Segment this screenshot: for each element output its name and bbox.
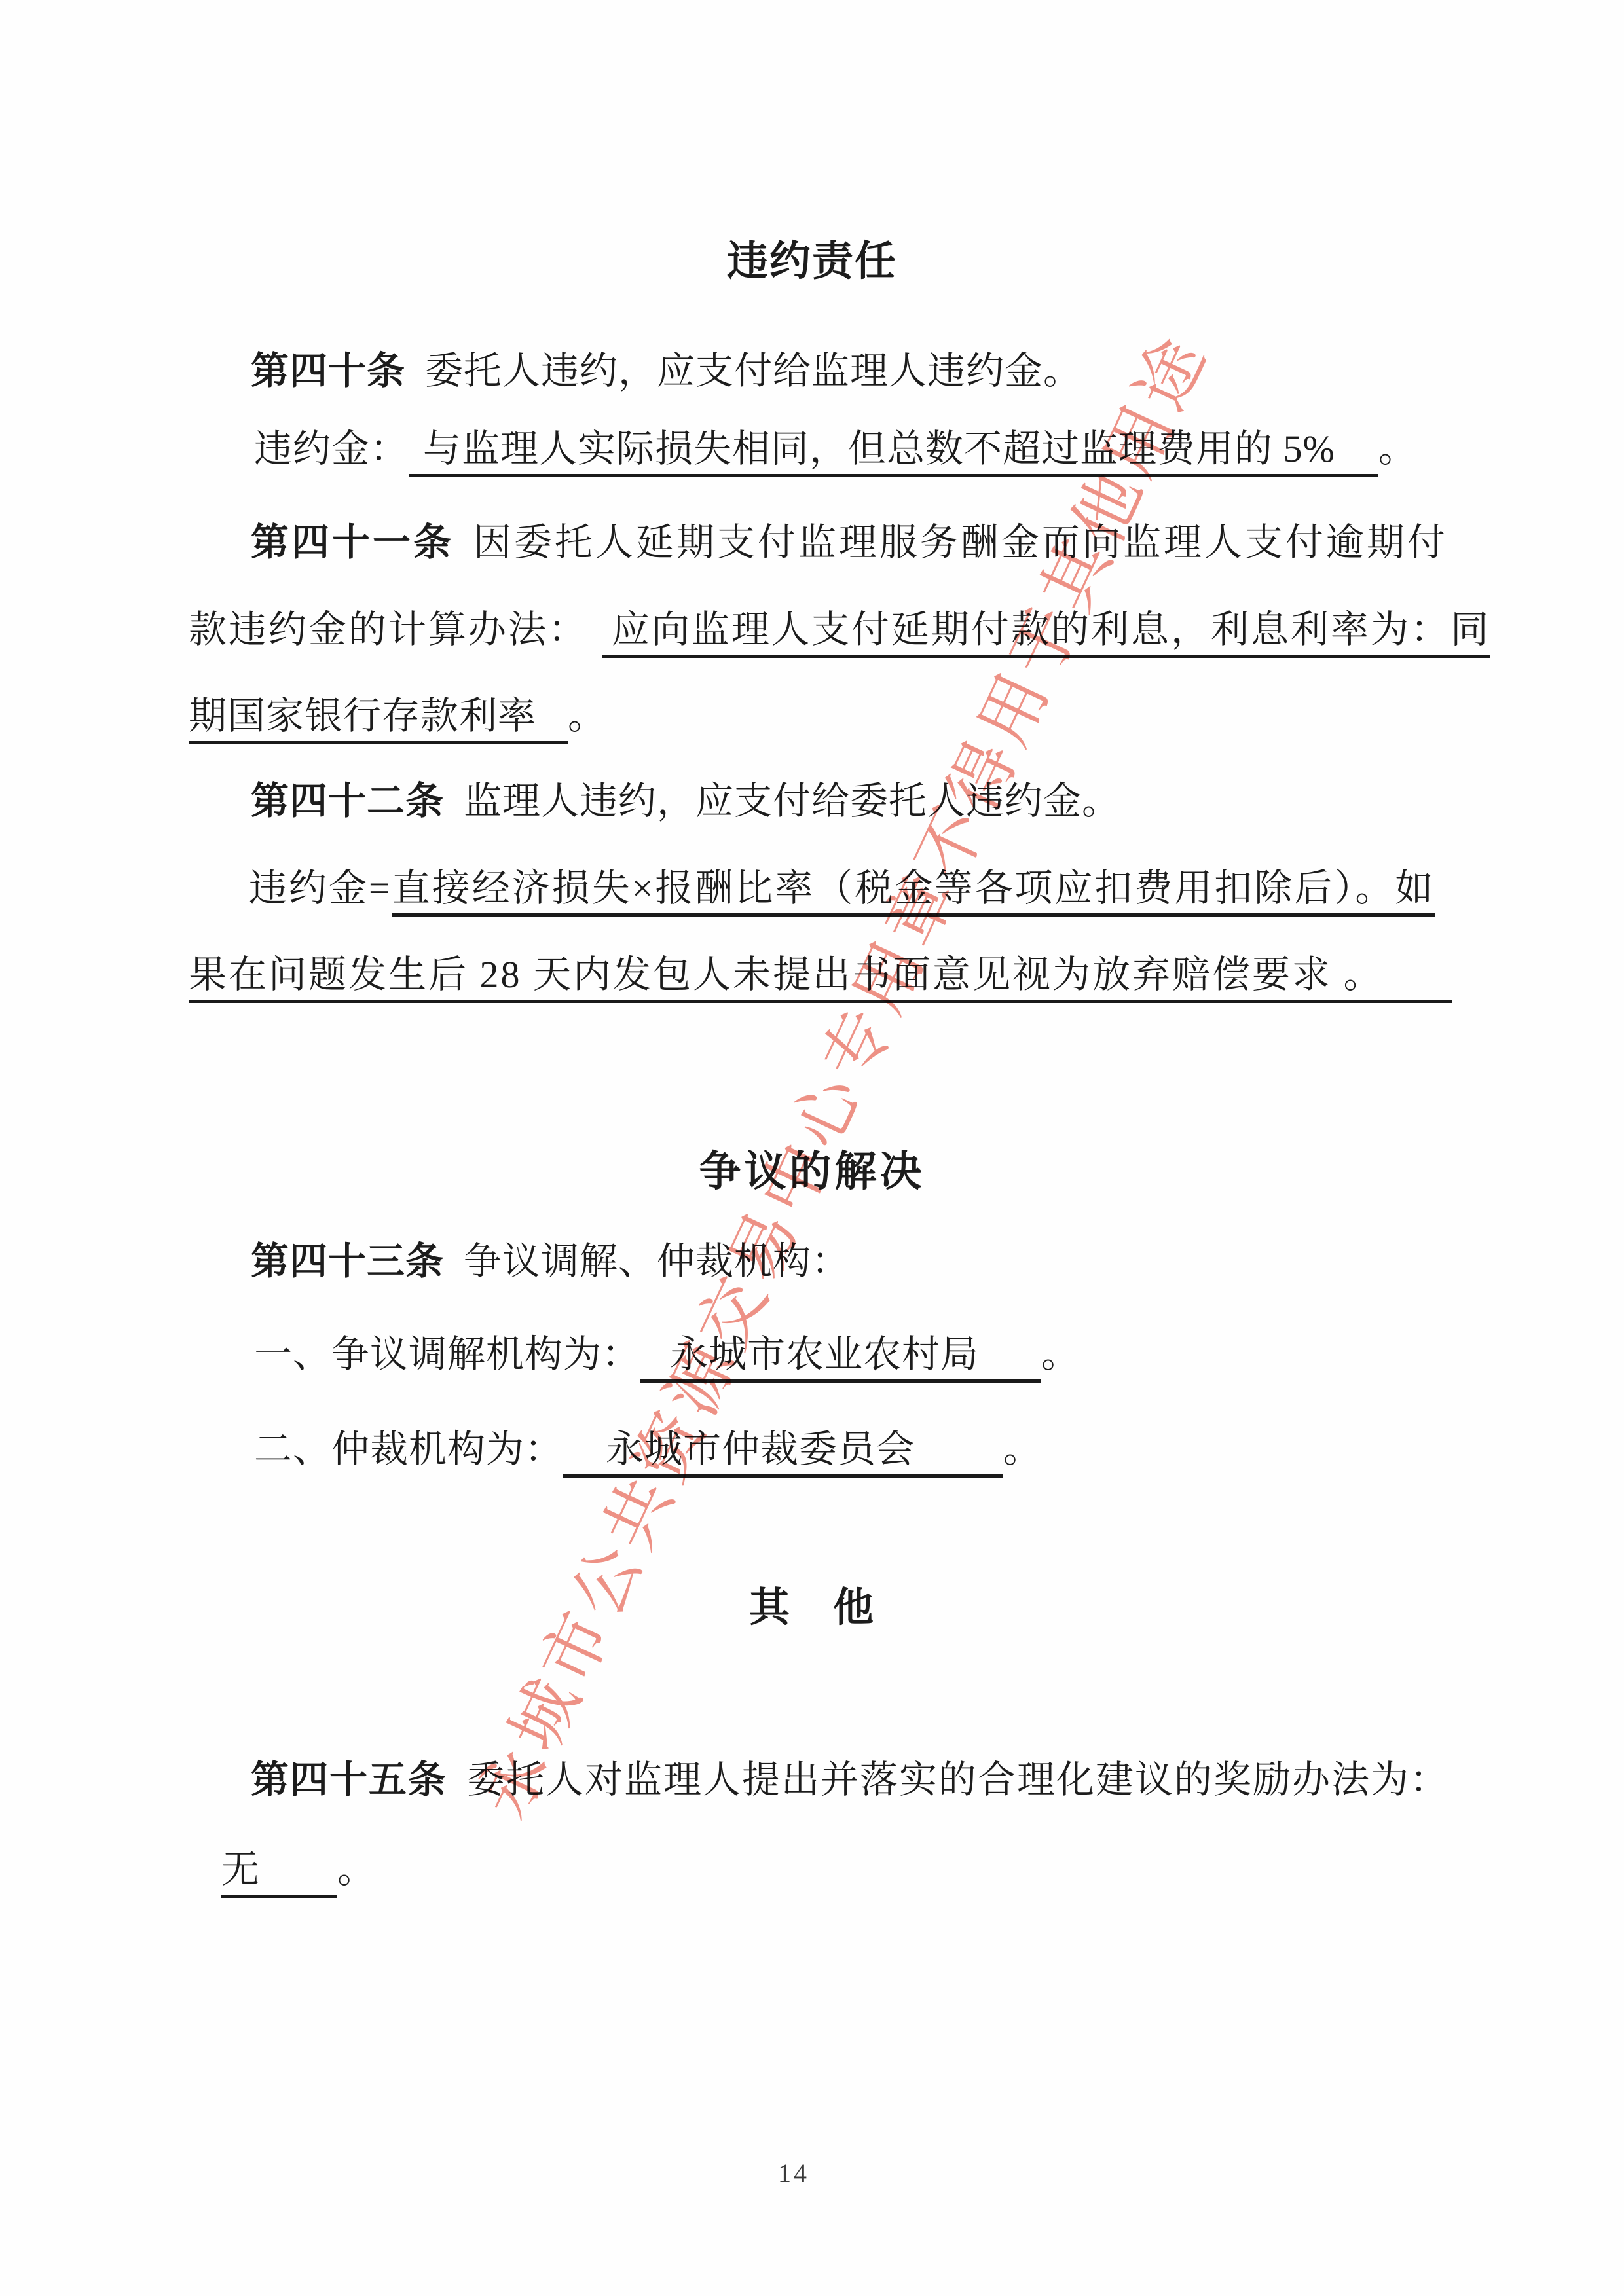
dispute-item-2-line: 二、仲裁机构为：永城市仲裁委员会。 xyxy=(254,1427,1042,1472)
dispute-item-1-suffix: 。 xyxy=(1041,1333,1080,1376)
clause-42-text: 监理人违约，应支付给委托人违约金。 xyxy=(464,780,1120,822)
clause-45-suffix: 。 xyxy=(337,1848,376,1891)
clause-45-line1: 第四十五条委托人对监理人提出并落实的合理化建议的奖励办法为： xyxy=(251,1758,1449,1802)
clause-40-penalty-line: 违约金：与监理人实际损失相同，但总数不超过监理费用的 5%。 xyxy=(254,427,1417,471)
clause-41-label: 第四十一条 xyxy=(251,521,454,564)
clause-42-fill-blank-1: 直接经济损失×报酬比率（税金等各项应扣费用扣除后）。如 xyxy=(392,867,1435,917)
clause-42-fill-blank-2: 果在问题发生后 28 天内发包人未提出书面意见视为放弃赔偿要求 。 xyxy=(189,953,1452,1003)
clause-42-line3: 果在问题发生后 28 天内发包人未提出书面意见视为放弃赔偿要求 。 xyxy=(189,953,1452,997)
dispute-item-2-suffix: 。 xyxy=(1003,1428,1042,1470)
clause-40-text: 委托人违约，应支付给监理人违约金。 xyxy=(425,350,1082,392)
clause-41-fill-blank-2: 期国家银行存款利率 xyxy=(189,695,568,744)
section-title-other: 其 他 xyxy=(0,1575,1624,1633)
clause-41-text: 因委托人延期支付监理服务酬金而向监理人支付逾期付 xyxy=(473,521,1448,564)
clause-41-line1: 第四十一条因委托人延期支付监理服务酬金而向监理人支付逾期付 xyxy=(251,520,1448,565)
clause-45-fill-blank: 无 xyxy=(221,1848,337,1898)
clause-45-text: 委托人对监理人提出并落实的合理化建议的奖励办法为： xyxy=(467,1758,1449,1801)
contract-document-page: 永城市公共资源交易中心专用章不得用于其他用途 违约责任 第四十条委托人违约，应支… xyxy=(0,0,1624,2296)
clause-43-text: 争议调解、仲裁机构： xyxy=(464,1240,850,1283)
clause-42-line2-prefix: 违约金= xyxy=(249,867,392,909)
clause-40-label: 第四十条 xyxy=(251,350,405,392)
clause-42-label: 第四十二条 xyxy=(251,780,444,822)
clause-41-line2: 款违约金的计算办法：应向监理人支付延期付款的利息，利息利率为：同 xyxy=(189,608,1490,652)
dispute-item-2-fill-blank: 永城市仲裁委员会 xyxy=(563,1428,1003,1478)
dispute-item-1-fill-blank: 永城市农业农村局 xyxy=(640,1333,1041,1383)
clause-41-fill-blank-1: 应向监理人支付延期付款的利息，利息利率为：同 xyxy=(602,608,1490,658)
dispute-item-2-prefix: 二、仲裁机构为： xyxy=(254,1428,563,1470)
page-number: 14 xyxy=(0,2158,1606,2189)
penalty-fill-blank: 与监理人实际损失相同，但总数不超过监理费用的 5% xyxy=(409,428,1378,477)
clause-45-line2: 无。 xyxy=(221,1848,376,1892)
clause-40-line: 第四十条委托人违约，应支付给监理人违约金。 xyxy=(251,349,1082,393)
clause-45-label: 第四十五条 xyxy=(251,1758,447,1801)
clause-41-line2-prefix: 款违约金的计算办法： xyxy=(189,608,588,651)
clause-43-label: 第四十三条 xyxy=(251,1240,444,1283)
penalty-prefix: 违约金： xyxy=(254,428,409,470)
dispute-item-1-line: 一、争议调解机构为：永城市农业农村局。 xyxy=(254,1332,1080,1377)
clause-42-line1: 第四十二条监理人违约，应支付给委托人违约金。 xyxy=(251,779,1120,824)
clause-42-line2: 违约金=直接经济损失×报酬比率（税金等各项应扣费用扣除后）。如 xyxy=(249,866,1435,911)
clause-43-line: 第四十三条争议调解、仲裁机构： xyxy=(251,1239,850,1284)
dispute-item-1-prefix: 一、争议调解机构为： xyxy=(254,1333,640,1376)
section-title-breach-liability: 违约责任 xyxy=(0,228,1624,287)
clause-41-line3: 期国家银行存款利率。 xyxy=(189,694,606,738)
section-title-dispute-resolution: 争议的解决 xyxy=(0,1138,1624,1198)
penalty-suffix: 。 xyxy=(1378,428,1417,470)
clause-41-line3-suffix: 。 xyxy=(568,695,606,737)
